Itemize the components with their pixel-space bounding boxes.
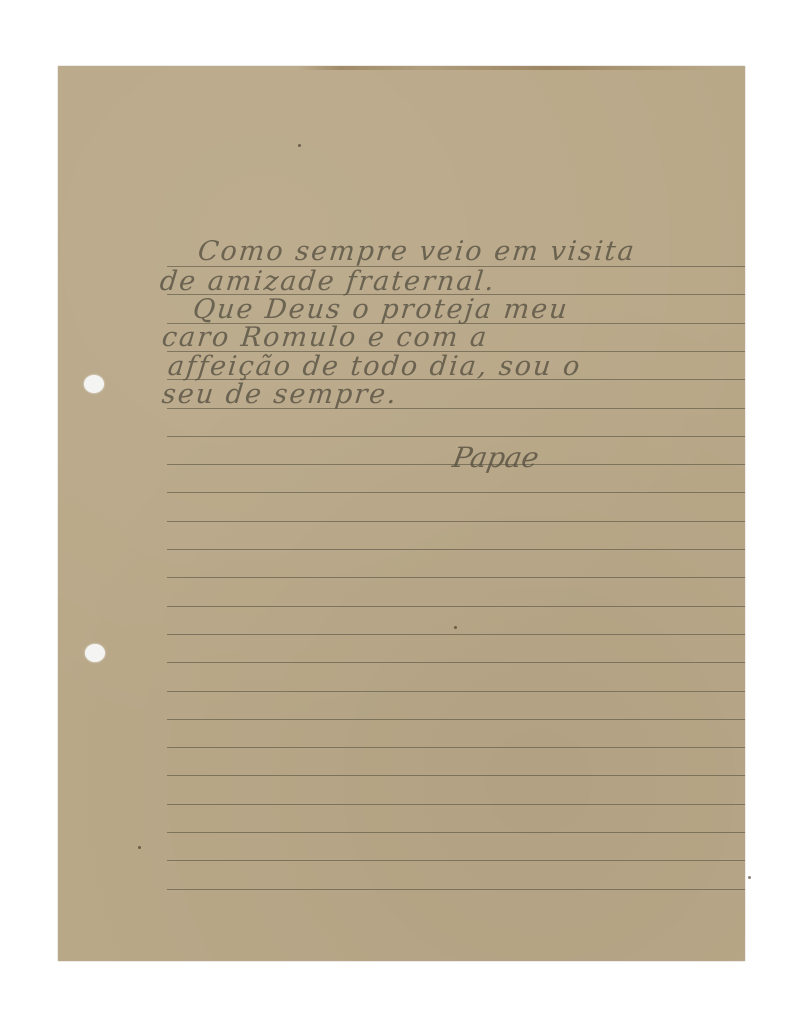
ruled-line [167, 691, 745, 692]
letter-line-6: seu de sempre. [160, 379, 399, 410]
ruled-line [167, 832, 745, 833]
ruled-line [167, 719, 745, 720]
punch-hole-bottom [85, 644, 105, 662]
ruled-line [167, 889, 745, 890]
letter-line-4: caro Romulo e com a [160, 322, 489, 353]
ruled-line [167, 662, 745, 663]
letter-line-1: Como sempre veio em visita [196, 236, 637, 267]
letter-line-5: affeição de todo dia, sou o [166, 351, 583, 382]
paper-speck [454, 626, 457, 629]
paper-speck [138, 846, 141, 849]
letter-line-2: de amizade fraternal. [158, 266, 497, 297]
top-edge-stain [298, 66, 718, 70]
ruled-line [167, 549, 745, 550]
ruled-line [167, 775, 745, 776]
paper-speck [298, 144, 301, 147]
ruled-line [167, 634, 745, 635]
paper-speck [748, 876, 751, 879]
ruled-line [167, 860, 745, 861]
letter-line-3: Que Deus o proteja meu [191, 294, 570, 325]
punch-hole-top [84, 375, 104, 393]
ruled-line [167, 606, 745, 607]
signature: Papae [450, 441, 541, 474]
ruled-line [167, 747, 745, 748]
ruled-line [167, 804, 745, 805]
ruled-line [167, 521, 745, 522]
letter-paper: Como sempre veio em visita de amizade fr… [58, 66, 745, 961]
ruled-line [167, 492, 745, 493]
ruled-line [167, 577, 745, 578]
ruled-line [167, 436, 745, 437]
